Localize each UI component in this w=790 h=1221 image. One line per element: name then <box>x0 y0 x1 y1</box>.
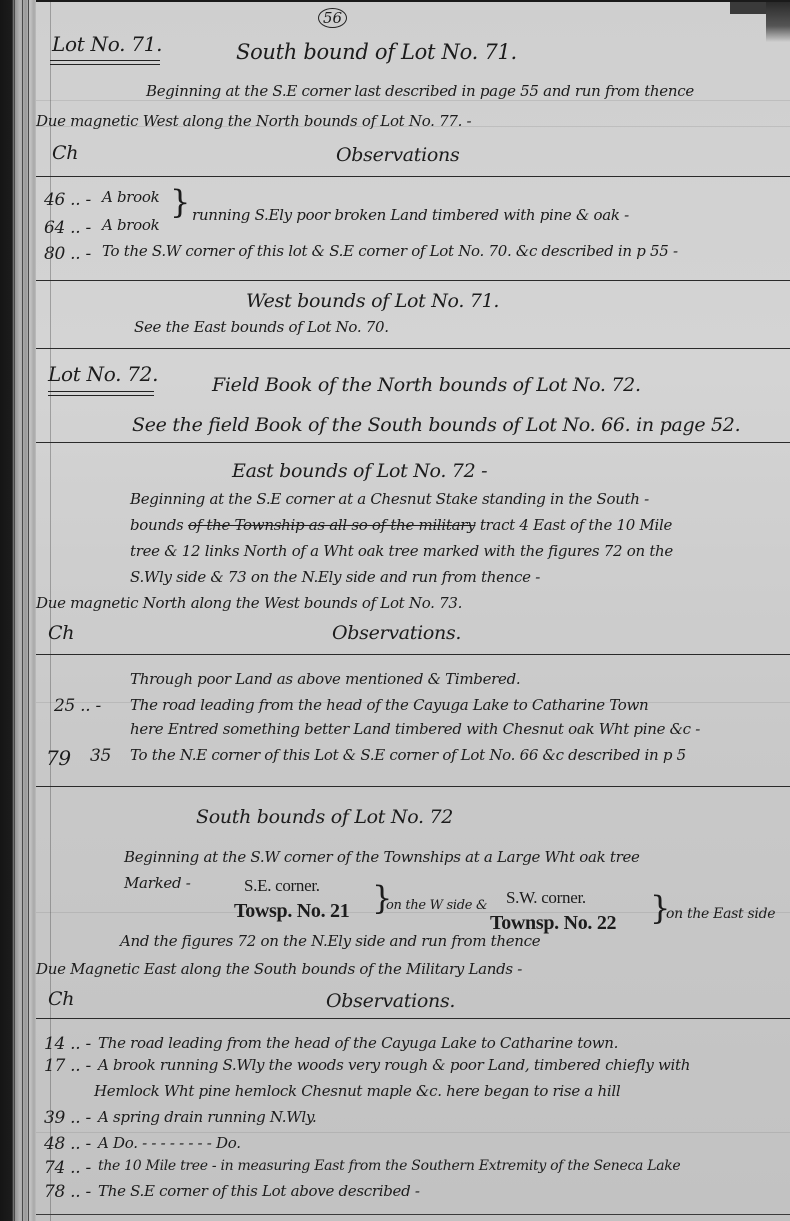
lot-71-south-line2: Due magnetic West along the North bounds… <box>36 112 471 130</box>
col-header-observations: Observations. <box>332 622 461 644</box>
row-obs: here Entred something better Land timber… <box>130 720 700 738</box>
lot-72-underline <box>48 391 154 392</box>
row-obs: The road leading from the head of the Ca… <box>98 1034 618 1052</box>
lot-71-underline <box>50 60 160 61</box>
col-header-ch: Ch <box>48 622 74 644</box>
row-ch-links: 35 <box>90 746 111 766</box>
row-obs: A brook running S.Wly the woods very rou… <box>98 1056 690 1074</box>
lot-71-west-line1: See the East bounds of Lot No. 70. <box>134 318 389 336</box>
lot-72-east-line4: S.Wly side & 73 on the N.Ely side and ru… <box>130 568 540 586</box>
lot-72-south-line4: Due Magnetic East along the South bounds… <box>36 960 522 978</box>
table-rule <box>36 1018 790 1019</box>
page-edge-line <box>22 0 23 1221</box>
row-ch: 25 .. - <box>54 696 101 716</box>
lot-71-south-line1: Beginning at the S.E corner last describ… <box>146 82 694 100</box>
row-obs: The road leading from the head of the Ca… <box>130 696 648 714</box>
row-obs: A spring drain running N.Wly. <box>98 1108 317 1126</box>
lot-72-south-line1: Beginning at the S.W corner of the Towns… <box>124 848 640 866</box>
section-rule <box>36 442 790 443</box>
brace-note: running S.Ely poor broken Land timbered … <box>192 206 629 224</box>
mark2-line1: S.W. corner. <box>506 888 586 908</box>
lot-72-margin-label: Lot No. 72. <box>48 362 158 386</box>
row-obs: Hemlock Wht pine hemlock Chesnut maple &… <box>94 1082 620 1100</box>
book-binding-edge <box>0 0 36 1221</box>
row-obs: The S.E corner of this Lot above describ… <box>98 1182 420 1200</box>
lot-71-south-heading: South bound of Lot No. 71. <box>236 40 517 64</box>
text: bounds <box>130 516 188 534</box>
col-header-observations: Observations <box>336 144 459 166</box>
row-ch: 46 .. - <box>44 190 91 210</box>
row-ch: 80 .. - <box>44 244 91 264</box>
page-bottom-edge <box>36 1214 790 1215</box>
row-ch: 39 .. - <box>44 1108 91 1128</box>
row-ch: 48 .. - <box>44 1134 91 1154</box>
torn-corner-shadow <box>766 2 790 42</box>
lot-72-east-line5: Due magnetic North along the West bounds… <box>36 594 462 612</box>
lot-72-east-line3: tree & 12 links North of a Wht oak tree … <box>130 542 673 560</box>
lot-72-north-line1: See the field Book of the South bounds o… <box>132 414 740 436</box>
page-edge-line <box>28 0 29 1221</box>
row-ch: 79 <box>46 746 71 770</box>
row-obs: To the S.W corner of this lot & S.E corn… <box>102 242 678 260</box>
row-obs: the 10 Mile tree - in measuring East fro… <box>98 1158 680 1174</box>
row-ch: 74 .. - <box>44 1158 91 1178</box>
table-rule <box>36 280 790 281</box>
row-ch: 14 .. - <box>44 1034 91 1054</box>
col-header-observations: Observations. <box>326 990 455 1012</box>
col-header-ch: Ch <box>48 988 74 1010</box>
struck-text: of the Township as all so of the militar… <box>188 516 475 534</box>
section-rule <box>36 786 790 787</box>
table-rule <box>36 176 790 177</box>
lot-71-west-heading: West bounds of Lot No. 71. <box>246 290 499 312</box>
row-ch: 64 .. - <box>44 218 91 238</box>
mark1-line2: Towsp. No. 21 <box>234 900 349 923</box>
lot-72-underline <box>48 395 154 396</box>
row-ch: 78 .. - <box>44 1182 91 1202</box>
lot-72-east-line2: bounds of the Township as all so of the … <box>130 516 672 534</box>
lot-72-south-heading: South bounds of Lot No. 72 <box>196 806 453 828</box>
lot-72-south-marked-label: Marked - <box>124 874 190 892</box>
row-obs: To the N.E corner of this Lot & S.E corn… <box>130 746 686 764</box>
brace: } <box>170 186 190 218</box>
row-obs: A Do. - - - - - - - - Do. <box>98 1134 241 1152</box>
section-rule <box>36 348 790 349</box>
lot-71-margin-label: Lot No. 71. <box>52 32 162 56</box>
row-obs: Through poor Land as above mentioned & T… <box>130 670 520 688</box>
page-number: 56 <box>318 8 347 28</box>
lot-71-underline <box>50 64 160 65</box>
table-rule <box>36 654 790 655</box>
page-edge-line <box>14 0 15 1221</box>
lot-72-south-line3: And the figures 72 on the N.Ely side and… <box>120 932 540 950</box>
lot-72-east-line1: Beginning at the S.E corner at a Chesnut… <box>130 490 649 508</box>
row-obs: A brook <box>102 216 159 234</box>
mark1-line1: S.E. corner. <box>244 876 320 896</box>
mark2-side: on the East side <box>666 906 775 922</box>
row-obs: A brook <box>102 188 159 206</box>
lot-72-east-heading: East bounds of Lot No. 72 - <box>232 460 487 482</box>
text: tract 4 East of the 10 Mile <box>475 516 672 534</box>
col-header-ch: Ch <box>52 142 78 164</box>
mark1-side: on the W side & <box>386 898 487 913</box>
ledger-page: 56 Lot No. 71. South bound of Lot No. 71… <box>36 2 790 1221</box>
row-ch: 17 .. - <box>44 1056 91 1076</box>
lot-72-north-heading: Field Book of the North bounds of Lot No… <box>212 374 641 396</box>
